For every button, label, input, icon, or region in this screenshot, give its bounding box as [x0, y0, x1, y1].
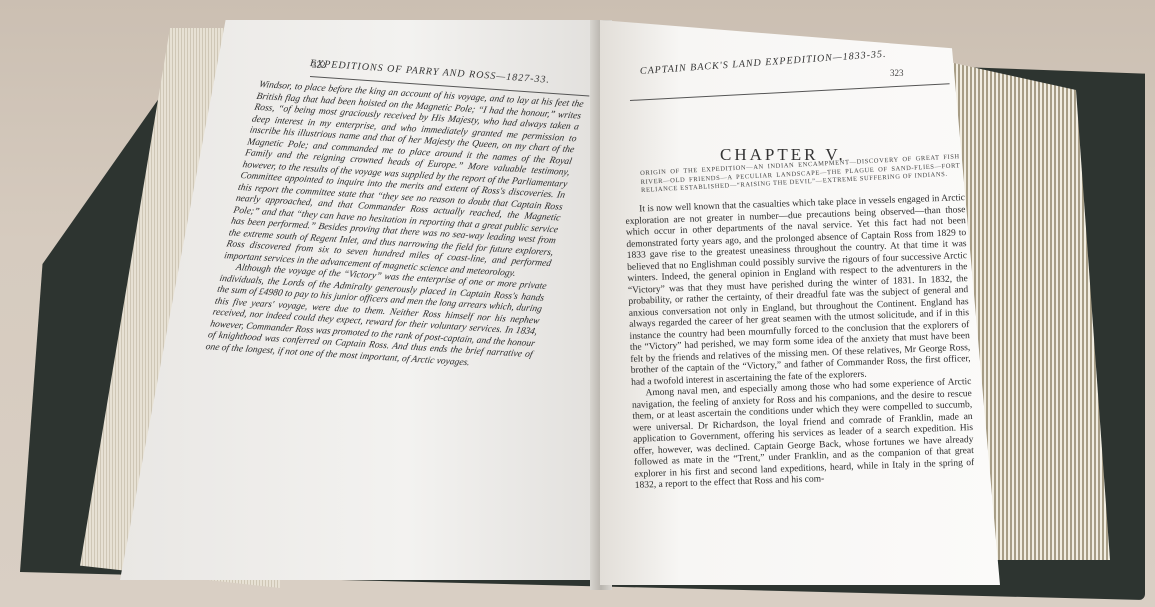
right-running-head: CAPTAIN BACK'S LAND EXPEDITION—1833-35. — [640, 49, 887, 77]
right-head-rule — [630, 83, 950, 101]
right-page: CAPTAIN BACK'S LAND EXPEDITION—1833-35. … — [600, 20, 1000, 585]
right-page-body: It is now well known that the casualties… — [625, 193, 975, 492]
left-paragraph-1: Windsor, to place before the king an acc… — [223, 80, 584, 282]
right-page-number: 323 — [890, 68, 904, 78]
left-running-head: EXPEDITIONS OF PARRY AND ROSS—1827-33. — [310, 58, 551, 86]
right-paragraph-1: It is now well known that the casualties… — [625, 193, 971, 389]
right-paragraph-2: Among naval men, and especially among th… — [631, 377, 974, 492]
left-paragraph-2: Although the voyage of the “Victory” was… — [204, 262, 547, 373]
left-page-body: Windsor, to place before the king an acc… — [204, 80, 584, 373]
